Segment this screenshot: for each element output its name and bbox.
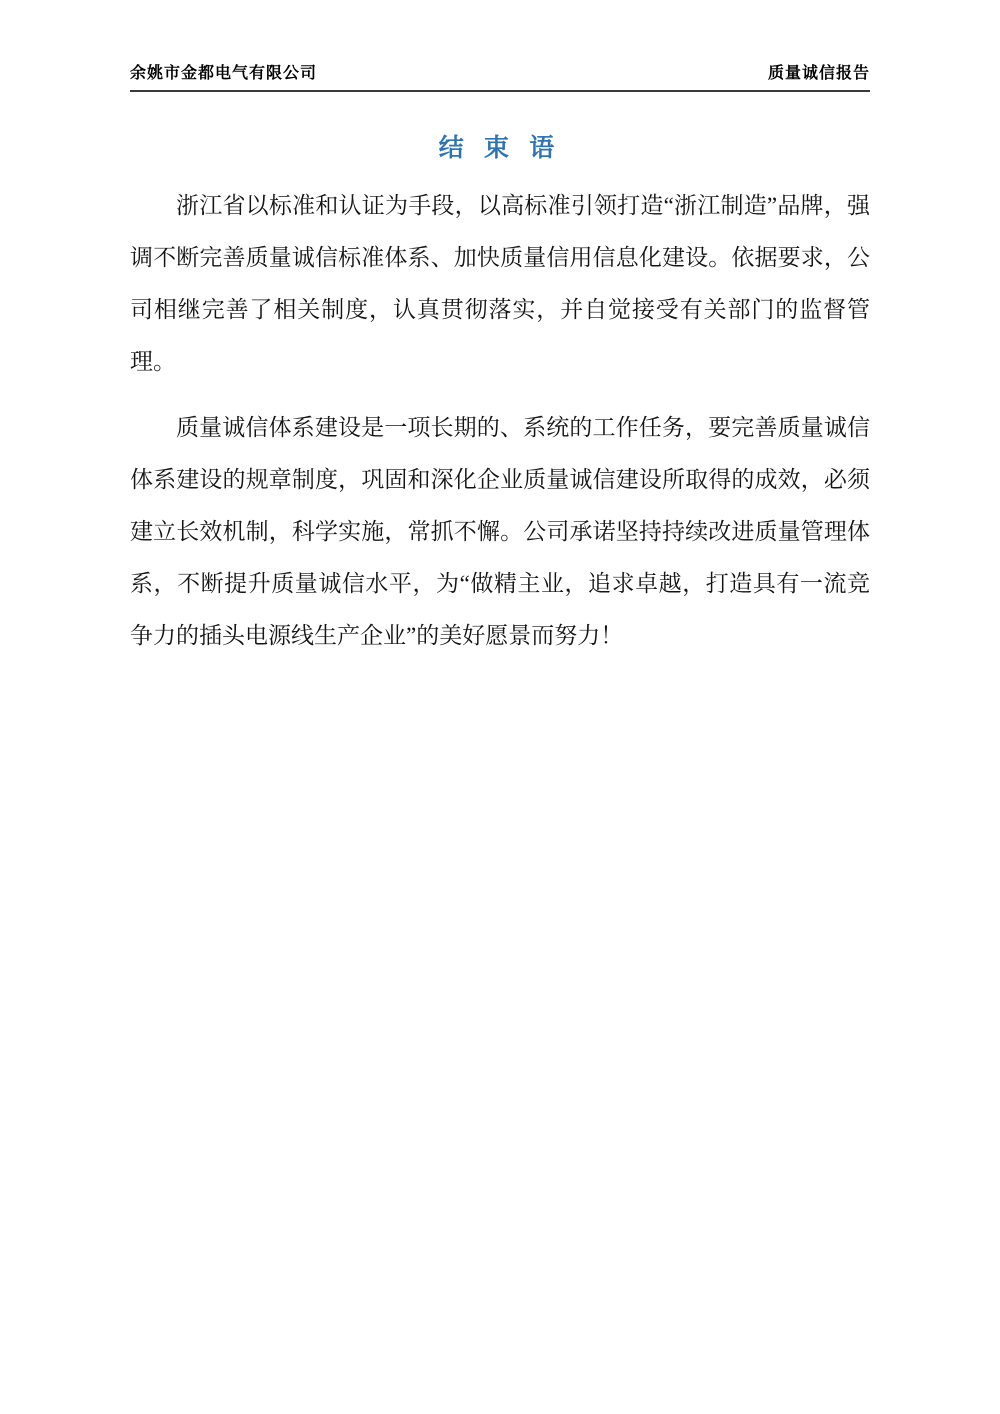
header-report-title: 质量诚信报告 (768, 60, 870, 83)
page-header: 余姚市金都电气有限公司 质量诚信报告 (130, 60, 870, 92)
header-company-name: 余姚市金都电气有限公司 (130, 60, 317, 83)
paragraph-1: 浙江省以标准和认证为手段，以高标准引领打造“浙江制造”品牌，强调不断完善质量诚信… (130, 180, 870, 388)
document-page: 余姚市金都电气有限公司 质量诚信报告 结 束 语 浙江省以标准和认证为手段，以高… (0, 0, 1000, 1414)
section-title: 结 束 语 (130, 128, 870, 164)
paragraph-2: 质量诚信体系建设是一项长期的、系统的工作任务，要完善质量诚信体系建设的规章制度，… (130, 402, 870, 662)
